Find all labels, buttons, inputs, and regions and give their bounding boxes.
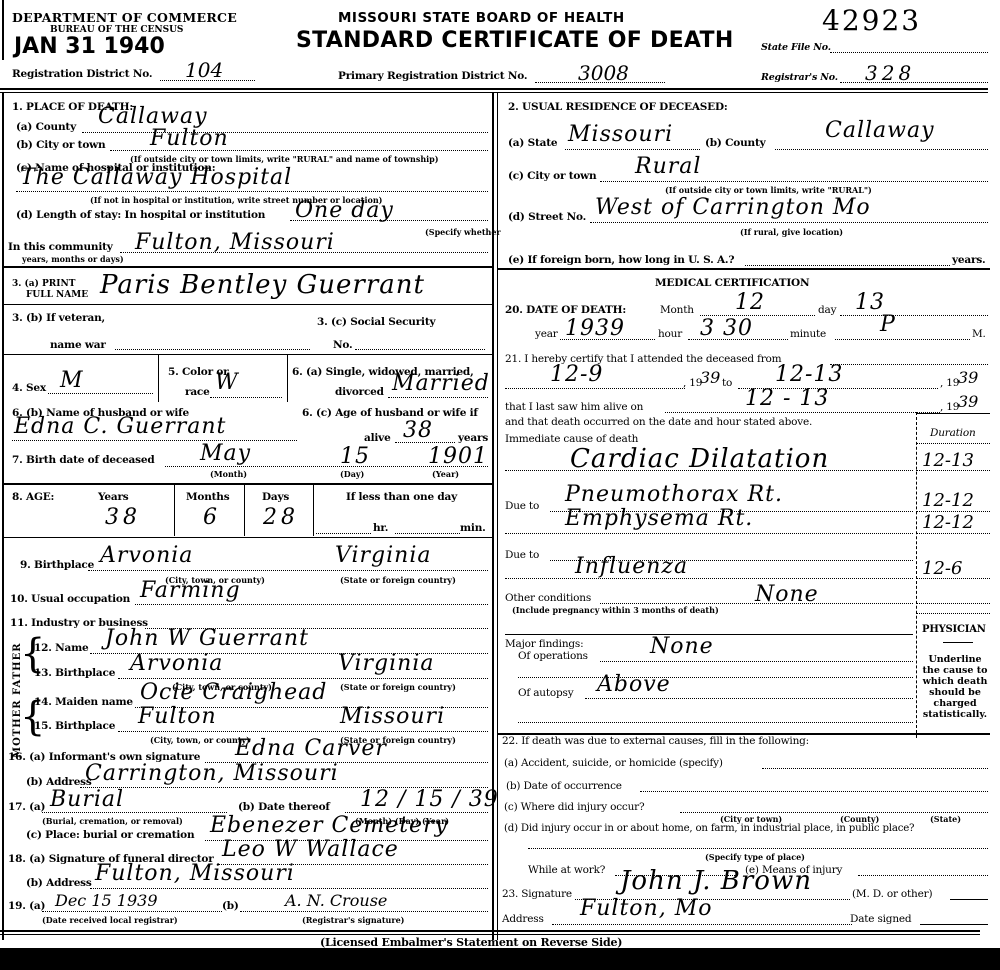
foreign-born-label: (e) If foreign born, how long in U. S. A…	[508, 254, 734, 266]
due-to-1b-duration: 12-12	[922, 514, 974, 532]
residence-county-value: Callaway	[825, 120, 935, 142]
birth-year: 1901	[428, 446, 488, 468]
burial-place-label: (c) Place: burial or cremation	[26, 829, 194, 841]
hospital-line	[16, 191, 488, 192]
age-days-label: Days	[262, 491, 289, 503]
sex-value: M	[60, 370, 84, 392]
to-value: 12-13	[775, 364, 843, 386]
death-year-value: 1939	[565, 318, 625, 340]
duration-column-divider	[916, 412, 917, 738]
age-years-value: 38	[105, 507, 141, 529]
funeral-address-line	[90, 888, 488, 889]
registrar-signature-value: A. N. Crouse	[285, 893, 387, 909]
mother-birthplace-state: Missouri	[340, 706, 445, 728]
last-saw-year-prefix: , 19	[940, 401, 959, 413]
external-d-line	[528, 848, 988, 849]
last-saw-year: 39	[958, 394, 978, 410]
due-to-1-value: Pneumothorax Rt.	[565, 484, 783, 506]
due-to-1b-duration-line	[916, 533, 990, 534]
frame-middle-1	[492, 92, 494, 940]
death-hour-value: 3 30	[700, 318, 753, 340]
due-to-2-value: Influenza	[575, 556, 688, 578]
signature-label: 23. Signature	[502, 888, 572, 900]
from-year: 39	[700, 370, 720, 386]
certificate-title: STANDARD CERTIFICATE OF DEATH	[296, 28, 734, 53]
last-saw-label: that I last saw him alive on	[505, 401, 643, 413]
birthplace-line	[88, 570, 488, 571]
funeral-director-value: Leo W Wallace	[222, 839, 399, 861]
funeral-address-label: (b) Address	[26, 877, 92, 889]
due-to-label-1: Due to	[505, 500, 539, 512]
external-heading: 22. If death was due to external causes,…	[502, 735, 809, 747]
occupation-line	[135, 604, 488, 605]
death-day-label: day	[818, 304, 836, 316]
board-label: MISSOURI STATE BOARD OF HEALTH	[338, 10, 625, 26]
burial-date-value: 12 / 15 / 39	[360, 789, 499, 811]
death-minute-value: P	[880, 314, 896, 336]
race-line	[210, 397, 282, 398]
hospital-value: The Callaway Hospital	[20, 167, 292, 189]
operations-value: None	[650, 636, 714, 658]
birth-label: 7. Birth date of deceased	[12, 454, 155, 466]
other-duration-line-1	[916, 603, 990, 604]
age-hr-label: hr.	[373, 522, 388, 534]
burial-method-value: Burial	[50, 789, 124, 811]
registrars-value: 328	[865, 63, 915, 83]
residence-county-label: (b) County	[705, 137, 766, 149]
spouse-line	[12, 440, 297, 441]
race-value: W	[215, 372, 239, 394]
father-name-label: 12. Name	[34, 642, 89, 654]
scan-bottom-bar	[0, 948, 1000, 970]
frame-left	[2, 92, 4, 940]
death-day-line	[840, 315, 988, 316]
sex-label: 4. Sex	[12, 382, 46, 394]
death-month-label: Month	[660, 304, 694, 316]
age-divider-1	[174, 484, 175, 536]
immediate-duration-line	[916, 470, 990, 471]
due-to-1b-line	[505, 533, 913, 534]
death-month-value: 12	[735, 292, 765, 314]
age-hr-line	[316, 533, 371, 534]
to-label: to	[722, 377, 732, 389]
foreign-born-suffix: years.	[952, 254, 985, 266]
major-findings-label: Major findings:	[505, 638, 583, 650]
sex-divider	[158, 355, 159, 402]
operations-line	[600, 661, 913, 662]
name-rule	[2, 304, 492, 305]
other-conditions-label: Other conditions	[505, 592, 591, 604]
due-to-2-line	[505, 578, 913, 579]
operations-label: Of operations	[518, 650, 588, 662]
means-of-injury-line	[858, 875, 988, 876]
residence-city-note: (If outside city or town limits, write "…	[665, 185, 872, 195]
age-label: 8. AGE:	[12, 491, 54, 503]
full-name-label-1: 3. (a) PRINT	[12, 279, 75, 289]
foreign-born-line	[745, 265, 950, 266]
section1-rule	[2, 266, 492, 268]
physician-dash	[943, 642, 973, 643]
age-rule	[2, 537, 492, 538]
residence-street-label: (d) Street No.	[508, 211, 586, 223]
age-min-label: min.	[460, 522, 486, 534]
physician-title: PHYSICIAN	[922, 624, 986, 635]
external-a-line	[762, 768, 988, 769]
duration-head-line	[916, 443, 990, 444]
spouse-age-label: 6. (c) Age of husband or wife if	[302, 407, 478, 419]
registrar-date-line	[42, 911, 222, 912]
operations-line-2	[518, 677, 913, 678]
age-min-line	[395, 533, 460, 534]
death-day-value: 13	[855, 292, 885, 314]
residence-heading: 2. USUAL RESIDENCE OF DECEASED:	[508, 101, 728, 113]
due-to-1b-value: Emphysema Rt.	[565, 508, 753, 530]
mother-maiden-value: Ocie Craighead	[140, 682, 327, 704]
informant-address-value: Carrington, Missouri	[85, 763, 339, 785]
state-file-number: 42923	[822, 4, 921, 37]
community-label: In this community	[8, 241, 113, 253]
registrar-signature-line	[240, 911, 488, 912]
father-state-caption: (State or foreign country)	[340, 682, 456, 692]
footer-rule-1	[0, 930, 980, 932]
external-a-label: (a) Accident, suicide, or homicide (spec…	[504, 757, 723, 769]
footer-rule-2	[0, 934, 980, 935]
residence-city-line	[600, 181, 988, 182]
from-value: 12-9	[550, 364, 603, 386]
primary-registration-label: Primary Registration District No.	[338, 70, 527, 82]
father-birthplace-state: Virginia	[338, 653, 435, 675]
external-d-caption: (Specify type of place)	[705, 852, 805, 862]
age-days-value: 28	[263, 507, 299, 529]
ssn-label: 3. (c) Social Security	[317, 316, 435, 328]
residence-street-value: West of Carrington Mo	[595, 197, 871, 219]
due-to-label-2: Due to	[505, 549, 539, 561]
birth-month: May	[200, 443, 251, 465]
month-caption: (Month)	[210, 469, 247, 479]
county-value: Callaway	[98, 106, 208, 128]
age-divider-2	[244, 484, 245, 536]
birth-day: 15	[340, 446, 370, 468]
external-c-line	[680, 812, 988, 813]
signature-address-value: Fulton, Mo	[580, 898, 712, 920]
mother-maiden-label: 14. Maiden name	[34, 696, 133, 708]
specify-note: (Specify whether	[425, 227, 501, 237]
birthplace-city: Arvonia	[100, 545, 193, 567]
veteran-rule	[2, 354, 492, 355]
occurred-label: and that death occurred on the date and …	[505, 416, 812, 428]
death-date-label: 20. DATE OF DEATH:	[505, 304, 626, 316]
left-margin-line	[2, 0, 4, 60]
date-signed-line	[920, 924, 988, 925]
autopsy-line	[585, 698, 913, 699]
residence-state-value: Missouri	[568, 124, 673, 146]
birthplace-label: 9. Birthplace	[20, 559, 94, 571]
war-line	[115, 349, 310, 350]
mother-birthplace-label: 15. Birthplace	[34, 720, 115, 732]
mother-birthplace-line	[118, 731, 488, 732]
autopsy-label: Of autopsy	[518, 687, 573, 699]
age-less-label: If less than one day	[346, 491, 457, 503]
signature-value: John J. Brown	[620, 868, 812, 894]
death-m-label: M.	[972, 328, 986, 340]
full-name-value: Paris Bentley Guerrant	[100, 272, 425, 298]
spouse-age-value: 38	[403, 420, 433, 442]
stay-label: (d) Length of stay: In hospital or insti…	[16, 209, 265, 221]
due-to-2-duration: 12-6	[922, 560, 962, 578]
registrar-date-caption: (Date received local registrar)	[42, 915, 178, 925]
registrar-b-label: (b)	[222, 900, 239, 912]
section2-rule	[497, 268, 990, 270]
death-minute-label: minute	[790, 328, 826, 340]
registration-district-value: 104	[185, 60, 223, 80]
burial-method-caption: (Burial, cremation, or removal)	[42, 816, 183, 826]
other-duration-line-2	[916, 613, 990, 614]
ssn-line	[355, 349, 485, 350]
duration-top-rule	[916, 413, 990, 414]
death-minute-line	[835, 339, 970, 340]
external-c-label: (c) Where did injury occur?	[504, 801, 644, 813]
duration-label: Duration	[930, 427, 976, 439]
physician-note: Underline the cause to which death shoul…	[920, 654, 990, 720]
informant-value: Edna Carver	[235, 738, 387, 760]
race-divider	[287, 355, 288, 402]
stay-value: One day	[295, 200, 394, 222]
to-year-prefix: , 19	[940, 377, 959, 389]
birth-rule	[2, 483, 492, 485]
state-file-line	[830, 52, 988, 53]
md-line	[950, 899, 988, 900]
date-signed-label: Date signed	[850, 913, 911, 925]
primary-registration-value: 3008	[578, 63, 629, 83]
veteran-label: 3. (b) If veteran,	[12, 312, 105, 324]
birthplace-state: Virginia	[335, 545, 432, 567]
external-b-label: (b) Date of occurrence	[506, 780, 622, 792]
last-saw-value: 12 - 13	[745, 388, 829, 410]
signature-address-label: Address	[502, 913, 544, 925]
residence-city-label: (c) City or town	[508, 170, 596, 182]
residence-county-line	[775, 149, 988, 150]
age-months-label: Months	[186, 491, 229, 503]
immediate-duration: 12-13	[922, 452, 974, 470]
spouse-age-alive: alive	[364, 432, 391, 444]
city-label: (b) City or town	[16, 139, 105, 151]
residence-state-label: (a) State	[508, 137, 557, 149]
death-hour-label: hour	[658, 328, 682, 340]
certify-line	[830, 364, 988, 365]
signature-address-line	[552, 924, 852, 925]
death-year-label: year	[535, 328, 558, 340]
autopsy-line-2	[518, 722, 913, 723]
last-saw-line	[665, 412, 940, 413]
header-rule-2	[0, 92, 988, 93]
sex-line	[48, 393, 153, 394]
due-to-2-duration-line	[916, 578, 990, 579]
marital-line	[388, 397, 488, 398]
residence-street-note: (If rural, give location)	[740, 227, 843, 237]
registration-district-label: Registration District No.	[12, 68, 152, 80]
other-conditions-note: (Include pregnancy within 3 months of de…	[512, 605, 719, 615]
year-caption: (Year)	[432, 469, 459, 479]
residence-state-line	[565, 149, 700, 150]
full-name-label-2: FULL NAME	[26, 290, 88, 300]
mother-birthplace-city: Fulton	[138, 706, 217, 728]
certify-label: 21. I hereby certify that I attended the…	[505, 353, 781, 365]
father-name-value: John W Guerrant	[105, 628, 309, 650]
burial-method-line	[42, 812, 227, 813]
while-at-work-label: While at work?	[528, 864, 605, 876]
immediate-value: Cardiac Dilatation	[570, 446, 829, 472]
residence-street-line	[590, 222, 988, 223]
marital-label-2: divorced	[335, 386, 384, 398]
father-birthplace-city: Arvonia	[130, 653, 223, 675]
external-b-line	[640, 791, 988, 792]
spouse-value: Edna C. Guerrant	[14, 416, 226, 438]
funeral-address-value: Fulton, Missouri	[95, 863, 295, 885]
state-file-label: State File No.	[761, 42, 831, 53]
due-to-1-duration: 12-12	[922, 492, 974, 510]
ssn-no-label: No.	[333, 339, 352, 351]
registrar-date-value: Dec 15 1939	[55, 893, 158, 909]
medical-heading: MEDICAL CERTIFICATION	[655, 277, 809, 289]
md-label: (M. D. or other)	[852, 888, 932, 900]
burial-place-value: Ebenezer Cemetery	[210, 815, 448, 837]
external-d-label: (d) Did injury occur in or about home, o…	[504, 823, 914, 834]
external-c-state-caption: (State)	[930, 814, 961, 824]
age-years-label: Years	[98, 491, 129, 503]
marital-value: Married	[392, 373, 490, 395]
county-label: (a) County	[16, 121, 76, 133]
occupation-value: Farming	[140, 580, 241, 602]
community-value: Fulton, Missouri	[135, 232, 335, 254]
race-label: race	[185, 386, 210, 398]
war-label: name war	[50, 339, 106, 351]
header-rule-1	[0, 88, 988, 90]
father-birthplace-line	[118, 678, 488, 679]
county-line	[82, 132, 488, 133]
burial-date-label: (b) Date thereof	[238, 801, 330, 813]
occupation-label: 10. Usual occupation	[10, 593, 130, 605]
registrars-label: Registrar's No.	[761, 72, 838, 83]
other-conditions-value: None	[755, 584, 819, 606]
father-birthplace-label: 13. Birthplace	[34, 667, 115, 679]
city-value: Fulton	[150, 128, 229, 150]
residence-city-value: Rural	[635, 156, 701, 178]
to-year: 39	[958, 370, 978, 386]
department-label: DEPARTMENT OF COMMERCE	[12, 10, 237, 25]
from-line	[505, 388, 685, 389]
age-divider-3	[313, 484, 314, 536]
burial-method-label: 17. (a)	[8, 801, 45, 813]
birthplace-state-caption: (State or foreign country)	[340, 575, 456, 585]
community-note: years, months or days)	[22, 254, 124, 264]
age-months-value: 6	[203, 507, 218, 529]
spouse-age-suffix: years	[458, 432, 488, 444]
registrar-signature-caption: (Registrar's signature)	[302, 915, 404, 925]
day-caption: (Day)	[340, 469, 364, 479]
received-stamp: JAN 31 1940	[14, 34, 165, 59]
autopsy-value: Above	[597, 674, 671, 696]
registrar-label: 19. (a)	[8, 900, 45, 912]
frame-middle-2	[497, 92, 498, 940]
